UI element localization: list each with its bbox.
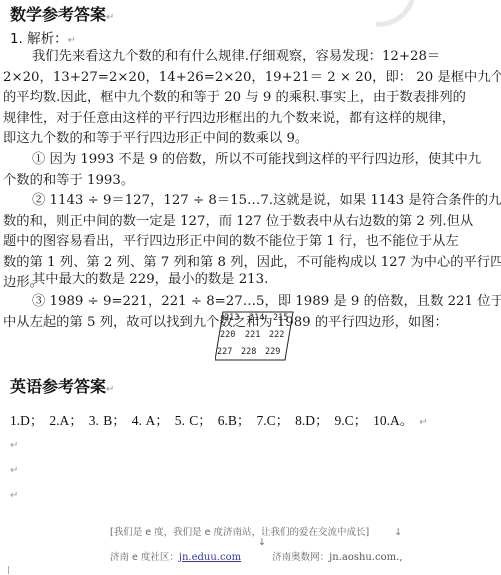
footer-links-row: 济南 e 度社区：jn.eduu.com 济南奥数网：jn.aoshu.com.… [110, 549, 403, 563]
answer-item: 8.D； [295, 413, 328, 428]
paragraph-mark-icon: ↵ [106, 12, 114, 23]
item-1-label-row: 1. 解析：↵ [10, 27, 76, 47]
answer-item: 10.A。 [373, 413, 413, 428]
paragraph-mark-icon: ↵ [419, 417, 427, 428]
english-answers-title: 英语参考答案 [10, 377, 106, 396]
aoshu-url: jn.aoshu.com., [329, 552, 402, 563]
answer-item: 7.C； [256, 413, 289, 428]
footer-slogan-row: [我们是 e 度，我们是 e 度济南站，让我们的爱在交流中成长] ↓ [110, 524, 402, 538]
text-line: 个数的和等于 1993。 [3, 171, 497, 192]
watermark-arc [342, 0, 427, 39]
text-line: 我们先来看这九个数的和有什么规律.仔细观察，容易发现：12+28＝ [3, 47, 497, 68]
paragraph-mark-icon: ↵ [106, 384, 114, 395]
figure-cell: 213 [224, 313, 239, 323]
down-arrow-icon: ↓ [394, 527, 402, 538]
text-line: 规律性，对于任意由这样的平行四边形框出的九个数来说，都有这样的规律， [3, 109, 497, 130]
english-answer-list: 1.D；2.A；3. B；4. A；5. C；6.B；7.C；8.D；9.C；1… [10, 409, 428, 429]
analysis-paragraph: 我们先来看这九个数的和有什么规律.仔细观察，容易发现：12+28＝ 2×20，1… [3, 47, 497, 150]
figure-cell: 227 [217, 347, 232, 357]
figure-cell: 222 [269, 330, 284, 340]
text-cursor [8, 566, 9, 574]
answer-item: 2.A； [49, 413, 82, 428]
community-link[interactable]: jn.eduu.com [179, 552, 241, 563]
footer-slogan: [我们是 e 度，我们是 e 度济南站，让我们的爱在交流中成长] [110, 527, 369, 538]
math-answers-heading: 数学参考答案↵ [10, 2, 114, 25]
answer-item: 4. A； [132, 413, 169, 428]
figure-cell: 215 [273, 313, 288, 323]
conclusion: 其中最大的数是 229，最小的数是 213. [32, 268, 268, 287]
answer-item: 9.C； [334, 413, 367, 428]
paragraph-mark-icon: ↵ [10, 490, 18, 501]
text-line: 题中的图容易看出，平行四边形正中间的数不能位于第 1 行，也不能位于从左 [3, 232, 497, 253]
text-line: 数的和，则正中间的数一定是 127，而 127 位于数表中从右边数的第 2 列.… [3, 212, 497, 233]
text-line: 的平均数.因此，框中九个数的和等于 20 与 9 的乘积.事实上，由于数表排列的 [3, 88, 497, 109]
answer-item: 6.B； [218, 413, 251, 428]
text-line: 即这九个数的和等于平行四边形正中间的数乘以 9。 [3, 129, 497, 150]
paragraph-mark-icon: ↵ [10, 465, 18, 476]
answer-item: 3. B； [89, 413, 126, 428]
footer-mid-mark: ↓ [258, 537, 266, 548]
down-arrow-icon: ↓ [258, 537, 266, 548]
text-line: 2×20，13+27=2×20，14+26=2×20，19+21＝ 2 × 20… [3, 68, 497, 89]
figure-cell: 229 [265, 347, 280, 357]
paragraph-mark-icon: ↵ [10, 440, 18, 451]
aoshu-label: 济南奥数网： [272, 552, 329, 563]
text-line: ① 因为 1993 不是 9 的倍数，所以不可能找到这样的平行四边形，使其中九 [3, 150, 497, 171]
community-label: 济南 e 度社区： [110, 552, 179, 563]
text-line: ② 1143 ÷ 9＝127，127 ÷ 8＝15…7.这就是说，如果 1143… [3, 191, 497, 212]
answer-item: 5. C； [175, 413, 212, 428]
math-answers-title: 数学参考答案 [10, 5, 106, 24]
english-answers-heading: 英语参考答案↵ [10, 374, 114, 397]
item-1-label: 1. 解析： [10, 31, 68, 47]
figure-cell: 221 [245, 330, 260, 340]
figure-cell: 220 [220, 330, 235, 340]
paragraph-mark-icon: ↵ [68, 35, 76, 46]
figure-cell: 214 [249, 313, 264, 323]
answer-item: 1.D； [10, 413, 43, 428]
figure-cell: 228 [241, 347, 256, 357]
parallelogram-figure: 213 214 215 220 221 222 227 228 229 [215, 310, 295, 360]
point-1-paragraph: ① 因为 1993 不是 9 的倍数，所以不可能找到这样的平行四边形，使其中九 … [3, 150, 497, 191]
